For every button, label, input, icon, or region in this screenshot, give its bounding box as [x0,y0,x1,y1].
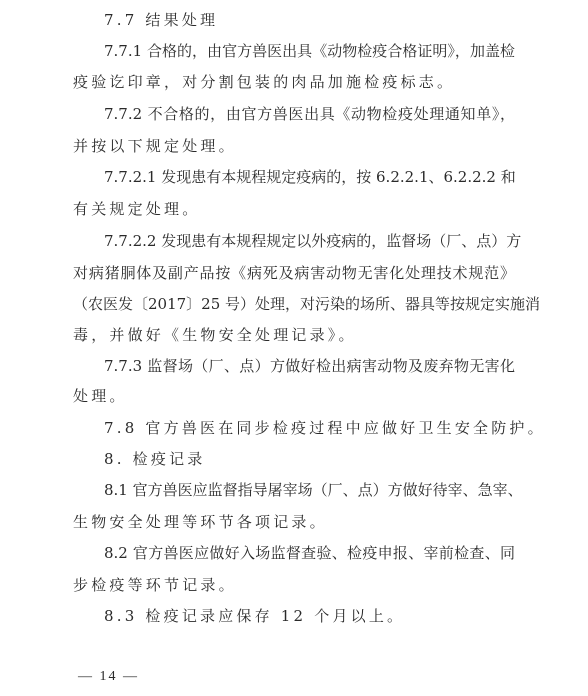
text-line: 8.3 检疫记录应保存 12 个月以上。 [104,606,515,626]
text-line: 7.7 结果处理 [104,10,515,30]
text-line: 7.7.2 不合格的，由官方兽医出具《动物检疫处理通知单》， [104,104,515,124]
text-line: 7.7.2.2 发现患有本规程规定以外疫病的，监督场（厂、点）方 [104,231,515,251]
text-line: 步检疫等环节记录。 [73,575,515,595]
text-line: 疫验讫印章，对分割包装的肉品加施检疫标志。 [73,72,515,92]
text-line: 8.2 官方兽医应做好入场监督查验、检疫申报、宰前检查、同 [104,543,515,563]
text-line: 8.1 官方兽医应监督指导屠宰场（厂、点）方做好待宰、急宰、 [104,480,515,500]
text-line: 对病猪胴体及副产品按《病死及病害动物无害化处理技术规范》 [73,263,515,283]
text-line: （农医发〔2017〕25 号）处理，对污染的场所、器具等按规定实施消 [73,294,515,314]
text-line: 7.7.1 合格的，由官方兽医出具《动物检疫合格证明》，加盖检 [104,41,515,61]
text-line: 7.8 官方兽医在同步检疫过程中应做好卫生安全防护。 [104,418,515,438]
page-number: — 14 — [78,669,139,685]
text-line: 处理。 [73,386,515,406]
text-line: 毒，并做好《生物安全处理记录》。 [73,325,515,345]
text-line: 有关规定处理。 [73,199,515,219]
text-line: 7.7.2.1 发现患有本规程规定疫病的，按 6.2.2.1、6.2.2.2 和 [104,167,515,187]
text-line: 并按以下规定处理。 [73,136,515,156]
text-line: 生物安全处理等环节各项记录。 [73,512,515,532]
text-line: 7.7.3 监督场（厂、点）方做好检出病害动物及废弃物无害化 [104,356,515,376]
text-line: 8. 检疫记录 [104,449,515,469]
